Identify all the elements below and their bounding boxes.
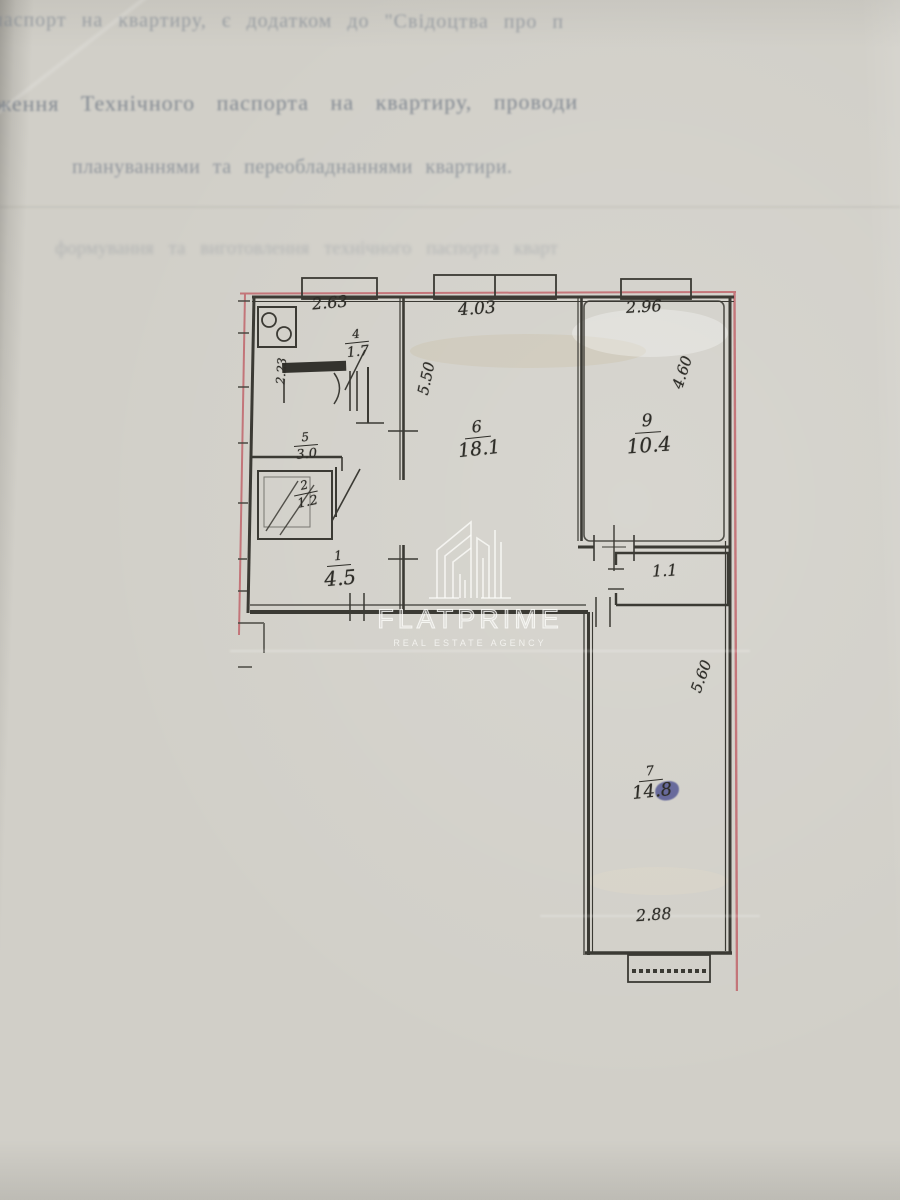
- dim-living-width: 4.03: [457, 300, 496, 320]
- bleed-text-line: формування та виготовлення технічного па…: [55, 238, 558, 260]
- room-label-bath: 5 3.0: [279, 429, 333, 463]
- room-label-closet: 1.1: [652, 562, 678, 579]
- floor-plan-drawing: [238, 271, 738, 998]
- paper-smudges: [410, 309, 728, 895]
- room-label-living-room: 6 18.1: [438, 413, 518, 463]
- room-label-bedroom: 9 10.4: [610, 407, 685, 458]
- dim-bedroom-width: 2.96: [626, 298, 662, 316]
- paper-crease: [0, 206, 900, 208]
- dim-lower-room-width: 2.88: [635, 906, 672, 924]
- room-number: 9: [633, 412, 661, 434]
- floor-plan: 2.63 4.03 2.96 5.50 4.60 2.23 5.60 2.88 …: [238, 271, 738, 998]
- scanned-tech-passport-photo: паспорт на квартиру, є додатком до "Свід…: [0, 0, 900, 1200]
- balcony-hatch: [628, 955, 710, 982]
- dim-kitchen-width: 2.63: [311, 293, 348, 312]
- window-openings: [302, 275, 691, 299]
- room-number: 4: [344, 327, 369, 344]
- room-number: 5: [293, 430, 318, 447]
- ventilation-shaft-icon: [258, 307, 296, 347]
- bleed-text-line: паспорт на квартиру, є додатком до "Свід…: [0, 9, 564, 34]
- room-label-kitchen-niche: 4 1.7: [328, 324, 385, 361]
- room-label-corridor: 1 4.5: [304, 540, 374, 591]
- bleed-text-line: плануваннями та переобладнаннями квартир…: [72, 156, 513, 179]
- bleed-text-line: ження Технічного паспорта на квартиру, п…: [0, 89, 578, 117]
- outer-walls: [248, 297, 734, 955]
- room-label-lower-room: 7 14.8: [616, 758, 686, 805]
- dim-kitchen-side: 2.23: [274, 357, 288, 384]
